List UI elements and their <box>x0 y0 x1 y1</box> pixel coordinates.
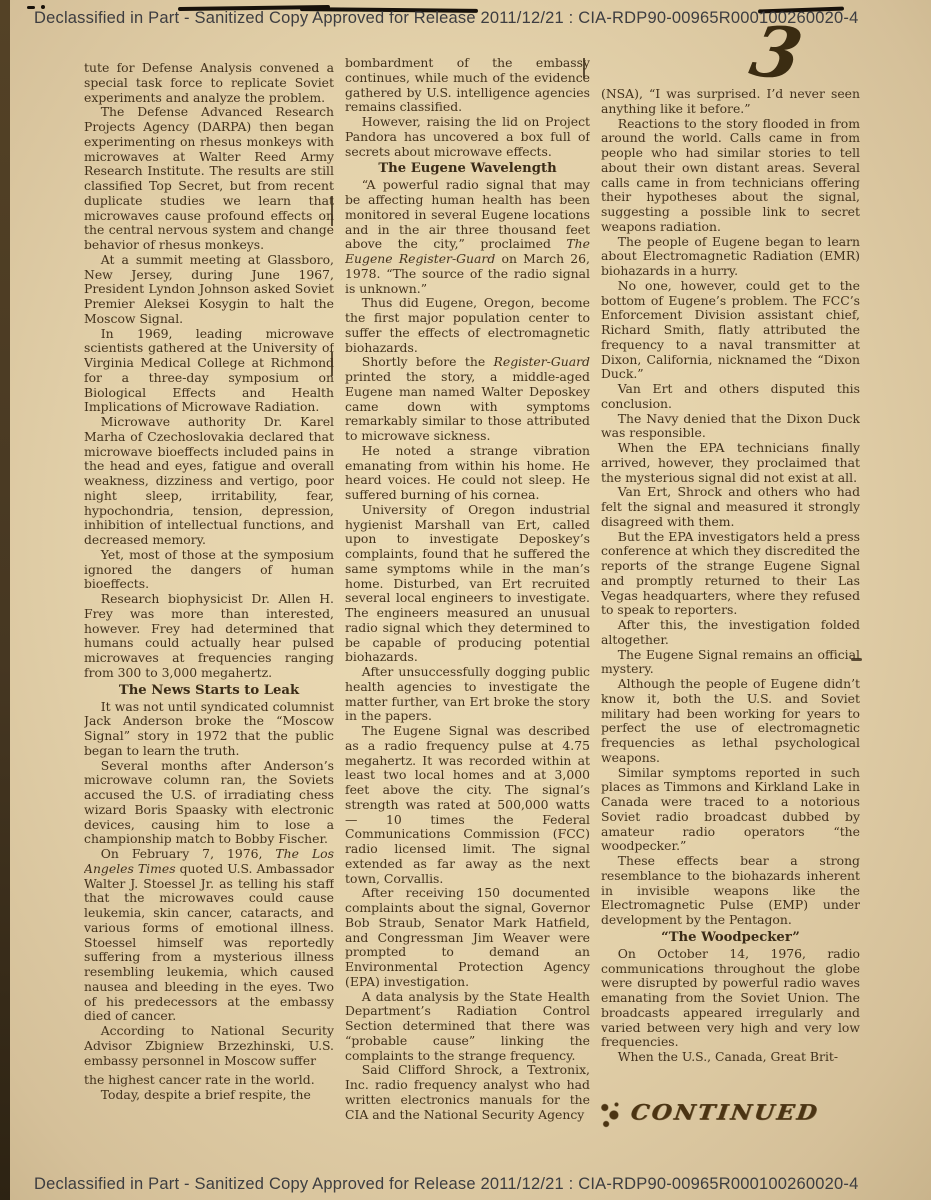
article-paragraph: After this, the investigation folded alt… <box>601 618 860 648</box>
article-column-2: bombardment of the embassy continues, wh… <box>345 56 590 1144</box>
article-paragraph: Similar symptoms reported in such places… <box>601 766 860 855</box>
article-paragraph: (NSA), “I was surprised. I’d never seen … <box>601 87 860 117</box>
article-paragraph: A data analysis by the State Health Depa… <box>345 990 590 1064</box>
article-paragraph: The people of Eugene began to learn abou… <box>601 235 860 279</box>
article-paragraph: However, raising the lid on Project Pand… <box>345 115 590 159</box>
article-paragraph: bombardment of the embassy continues, wh… <box>345 56 590 115</box>
article-paragraph: Van Ert, Shrock and others who had felt … <box>601 485 860 529</box>
section-heading: “The Woodpecker” <box>601 930 860 945</box>
article-paragraph: Van Ert and others disputed this conclus… <box>601 382 860 412</box>
stamp-ink-blotch <box>597 1100 623 1130</box>
article-column-3: (NSA), “I was surprised. I’d never seen … <box>601 56 860 1144</box>
continued-stamp: CONTINUED <box>629 1100 820 1125</box>
article-column-1: tute for Defense Analysis convened a spe… <box>84 56 334 1144</box>
article-paragraph: After unsuccessfully dogging public heal… <box>345 665 590 724</box>
article-paragraph: After receiving 150 documented complaint… <box>345 886 590 989</box>
page-left-shadow-strip <box>0 0 10 1200</box>
article-body: tute for Defense Analysis convened a spe… <box>84 56 860 1144</box>
article-paragraph: the highest cancer rate in the world. <box>84 1073 334 1088</box>
article-paragraph: On February 7, 1976, The Los Angeles Tim… <box>84 847 334 1024</box>
article-paragraph: The Defense Advanced Research Projects A… <box>84 105 334 253</box>
article-paragraph: When the U.S., Canada, Great Brit- <box>601 1050 860 1065</box>
article-paragraph: The Eugene Signal remains an official my… <box>601 648 860 678</box>
article-paragraph: These effects bear a strong resemblance … <box>601 854 860 928</box>
article-paragraph: Microwave authority Dr. Karel Marha of C… <box>84 415 334 548</box>
article-paragraph: Research biophysicist Dr. Allen H. Frey … <box>84 592 334 681</box>
article-paragraph: But the EPA investigators held a press c… <box>601 530 860 619</box>
article-paragraph: The Navy denied that the Dixon Duck was … <box>601 412 860 442</box>
article-paragraph: At a summit meeting at Glassboro, New Je… <box>84 253 334 327</box>
article-paragraph: No one, however, could get to the bottom… <box>601 279 860 382</box>
article-paragraph: Yet, most of those at the symposium igno… <box>84 548 334 592</box>
article-paragraph: Although the people of Eugene didn’t kno… <box>601 677 860 766</box>
article-paragraph: tute for Defense Analysis convened a spe… <box>84 61 334 105</box>
article-paragraph: According to National Security Advisor Z… <box>84 1024 334 1068</box>
article-paragraph: The Eugene Signal was described as a rad… <box>345 724 590 886</box>
article-paragraph: Thus did Eugene, Oregon, become the firs… <box>345 296 590 355</box>
article-paragraph: Several months after Anderson’s microwav… <box>84 759 334 848</box>
article-paragraph: On October 14, 1976, radio communication… <box>601 947 860 1050</box>
article-paragraph: In 1969, leading microwave scientists ga… <box>84 327 334 416</box>
article-paragraph: University of Oregon industrial hygienis… <box>345 503 590 665</box>
article-paragraph: Today, despite a brief respite, the <box>84 1088 334 1103</box>
article-paragraph: It was not until syndicated columnist Ja… <box>84 700 334 759</box>
section-heading: The Eugene Wavelength <box>345 161 590 176</box>
section-heading: The News Starts to Leak <box>84 683 334 698</box>
article-paragraph: Reactions to the story flooded in from a… <box>601 117 860 235</box>
article-paragraph: When the EPA technicians finally arrived… <box>601 441 860 485</box>
declassification-banner-bottom: Declassified in Part - Sanitized Copy Ap… <box>34 1175 926 1194</box>
article-paragraph: “A powerful radio signal that may be aff… <box>345 178 590 296</box>
article-paragraph: He noted a strange vibration emanating f… <box>345 444 590 503</box>
article-paragraph: Said Clifford Shrock, a Textronix, Inc. … <box>345 1063 590 1122</box>
article-paragraph: Shortly before the Register-Guard printe… <box>345 355 590 444</box>
